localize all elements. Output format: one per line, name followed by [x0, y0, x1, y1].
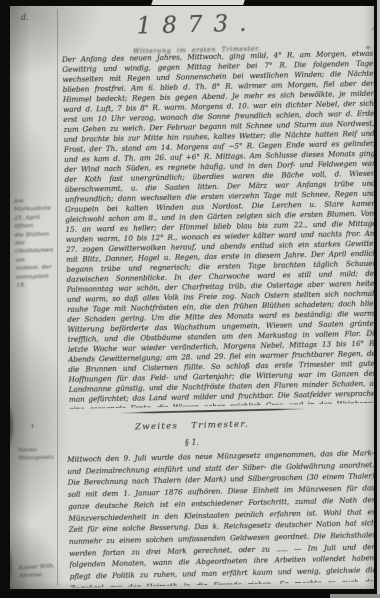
margin-plus-mark: + — [30, 423, 35, 430]
page-number-mark: d. — [21, 13, 29, 22]
margin-note-line: die Blüthen der — [15, 230, 61, 248]
muenzgesetz-paragraph: Mittwoch den 9. Juli wurde das neue Münz… — [67, 447, 374, 588]
trimester-heading: Zweites Trimester. — [70, 418, 314, 434]
margin-note-line: Am Markusfeste — [13, 196, 59, 214]
margin-note-line: 25. April öffnen — [14, 213, 60, 231]
ink-smudge-bottom-left — [10, 536, 21, 589]
muenzgesetz-text: Mittwoch den 9. Juli wurde das neue Münz… — [67, 447, 374, 588]
right-edge-smudge — [366, 46, 370, 49]
weather-chronicle-text: Der Anfang des neuen Jahres, Mittwoch, g… — [62, 49, 374, 409]
right-edge-squiggle-mark — [367, 18, 374, 31]
ink-smudge-left — [10, 394, 26, 458]
clause-mark: § 1. — [70, 436, 314, 449]
year-title: 1873. — [70, 9, 325, 42]
margin-note-kaiser: Kaiser Wilh. Abreise. — [19, 562, 72, 582]
section-divider-stroke — [120, 408, 305, 414]
margin-note-line: mildest. der sonnigsten — [16, 263, 62, 281]
margin-note-obstbluete: Am Markusfeste 25. April öffnen die Blüt… — [13, 196, 61, 290]
weather-chronicle-paragraph: Der Anfang des neuen Jahres, Mittwoch, g… — [62, 49, 374, 409]
margin-rule-line — [57, 9, 58, 586]
scan-top-glitch — [151, 0, 245, 5]
margin-note-line: Obstbäumen am — [15, 247, 61, 265]
scan-bottom-edge — [330, 594, 380, 598]
margin-note-line: 18. — [16, 280, 61, 290]
margin-note-line: Abreise. — [19, 570, 71, 581]
scan-page: d. 1873. Witterung im ersten Trimester. … — [10, 6, 374, 589]
